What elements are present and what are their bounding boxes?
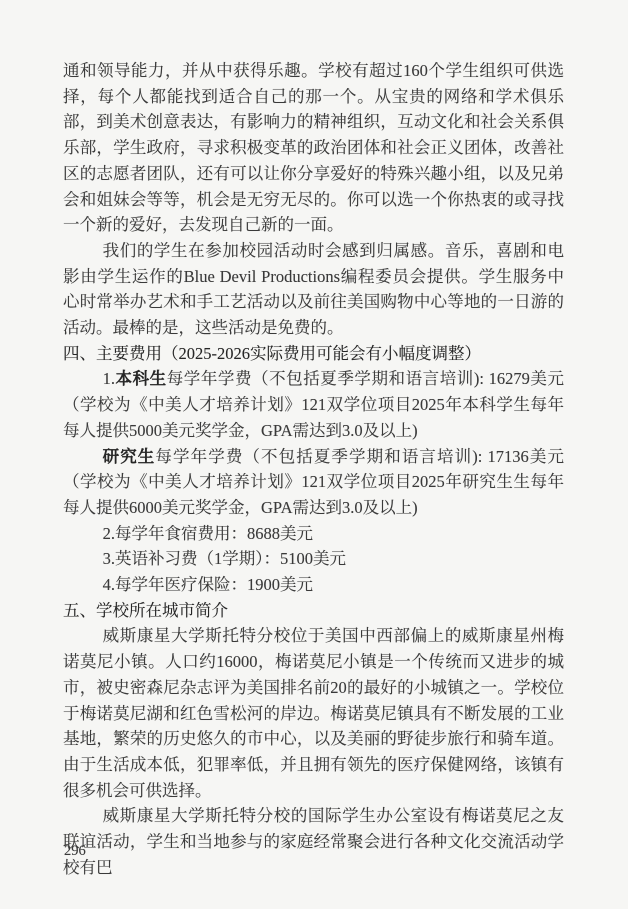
paragraph-graduate-tuition: 研究生每学年学费（不包括夏季学期和语言培训): 17136美元（学校为《中美人才… <box>63 444 564 521</box>
heading-section-5-city-intro: 五、学校所在城市简介 <box>63 598 564 624</box>
paragraph-campus-activities: 我们的学生在参加校园活动时会感到归属感。音乐，喜剧和电影由学生运作的Blue D… <box>63 238 564 341</box>
paragraph-city-description: 威斯康星大学斯托特分校位于美国中西部偏上的威斯康星州梅诺莫尼小镇。人口约1600… <box>63 623 564 803</box>
page-number: 296 <box>64 843 86 860</box>
paragraph-intro-continued: 通和领导能力，并从中获得乐趣。学校有超过160个学生组织可供选择，每个人都能找到… <box>63 58 564 238</box>
list-number: 1. <box>103 369 115 388</box>
bold-term-graduate: 研究生 <box>103 447 156 466</box>
paragraph-undergrad-tuition: 1.本科生每学年学费（不包括夏季学期和语言培训): 16279美元（学校为《中美… <box>63 366 564 443</box>
bold-term-undergraduate: 本科生 <box>115 369 167 388</box>
paragraph-room-board-fee: 2.每学年食宿费用：8688美元 <box>63 521 564 547</box>
paragraph-friendship-program: 威斯康星大学斯托特分校的国际学生办公室设有梅诺莫尼之友联谊活动，学生和当地参与的… <box>63 803 564 880</box>
paragraph-english-tutoring-fee: 3.英语补习费（1学期）：5100美元 <box>63 546 564 572</box>
document-content: 通和领导能力，并从中获得乐趣。学校有超过160个学生组织可供选择，每个人都能找到… <box>63 58 564 881</box>
paragraph-health-insurance-fee: 4.每学年医疗保险：1900美元 <box>63 572 564 598</box>
document-page: 通和领导能力，并从中获得乐趣。学校有超过160个学生组织可供选择，每个人都能找到… <box>0 0 628 909</box>
heading-section-4-fees: 四、主要费用（2025-2026实际费用可能会有小幅度调整） <box>63 341 564 367</box>
